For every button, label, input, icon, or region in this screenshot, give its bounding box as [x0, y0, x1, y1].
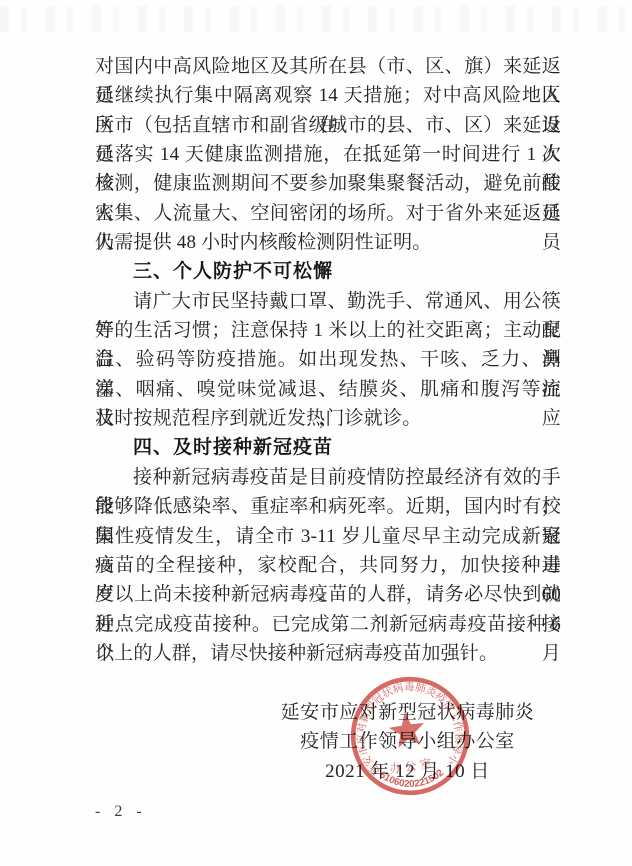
- document-line: 密集、人流量大、空间密闭的场所。对于省外来延返延人员: [95, 199, 561, 228]
- official-seal: 延安市应对新型冠状病毒肺炎疫情工作领导小组 办公室 6106020221502: [340, 664, 481, 808]
- document-page: 对国内中高风险地区及其所在县（市、区、旗）来延返延人员继续执行集中隔离观察 14…: [0, 0, 632, 866]
- document-line: 接种新冠病毒疫苗是目前疫情防控最经济有效的手段，: [95, 463, 561, 492]
- document-line: 种点完成疫苗接种。已完成第二剂新冠病毒疫苗接种 6 个月: [95, 610, 561, 639]
- document-line: 四、及时接种新冠疫苗: [95, 433, 561, 462]
- document-line: 检测，健康监测期间不要参加聚集聚餐活动，避免前往人员: [95, 169, 561, 198]
- document-line: 请广大市民坚持戴口罩、勤洗手、常通风、用公筷等良: [95, 287, 561, 316]
- document-body: 对国内中高风险地区及其所在县（市、区、旗）来延返延人员继续执行集中隔离观察 14…: [95, 52, 561, 668]
- seal-office-text: 办公室: [389, 756, 435, 776]
- document-line: 三、个人防护不可松懈: [95, 257, 561, 286]
- document-line: 员继续执行集中隔离观察 14 天措施；对中高风险地区所在设: [95, 81, 561, 110]
- document-line: 岁以上尚未接种新冠病毒疫苗的人群，请务必尽快到就近接: [95, 580, 561, 609]
- document-line: 区市（包括直辖市和副省级城市的县、市、区）来延返延人: [95, 111, 561, 140]
- document-line: 疫苗的全程接种，家校配合，共同努力，加快接种进度。60: [95, 551, 561, 580]
- document-line: 能够降低感染率、重症率和病死率。近期，国内时有校园聚: [95, 492, 561, 521]
- document-line: 对国内中高风险地区及其所在县（市、区、旗）来延返延人: [95, 52, 561, 81]
- page-number: - 2 -: [95, 803, 147, 821]
- document-line: 好的生活习惯；注意保持 1 米以上的社交距离；主动配合测: [95, 316, 561, 345]
- document-line: 集性疫情发生，请全市 3-11 岁儿童尽早主动完成新冠病毒: [95, 522, 561, 551]
- document-line: 以上的人群，请尽快接种新冠病毒疫苗加强针。: [95, 639, 561, 668]
- seal-star-icon: [387, 710, 427, 748]
- scan-noise-band: [0, 6, 632, 32]
- document-line: 温、验码等防疫措施。如出现发热、干咳、乏力、鼻塞、流: [95, 345, 561, 374]
- document-line: 员落实 14 天健康监测措施，在抵延第一时间进行 1 次核酸: [95, 140, 561, 169]
- document-line: 涕、咽痛、嗅觉味觉减退、结膜炎、肌痛和腹泻等症状，应: [95, 375, 561, 404]
